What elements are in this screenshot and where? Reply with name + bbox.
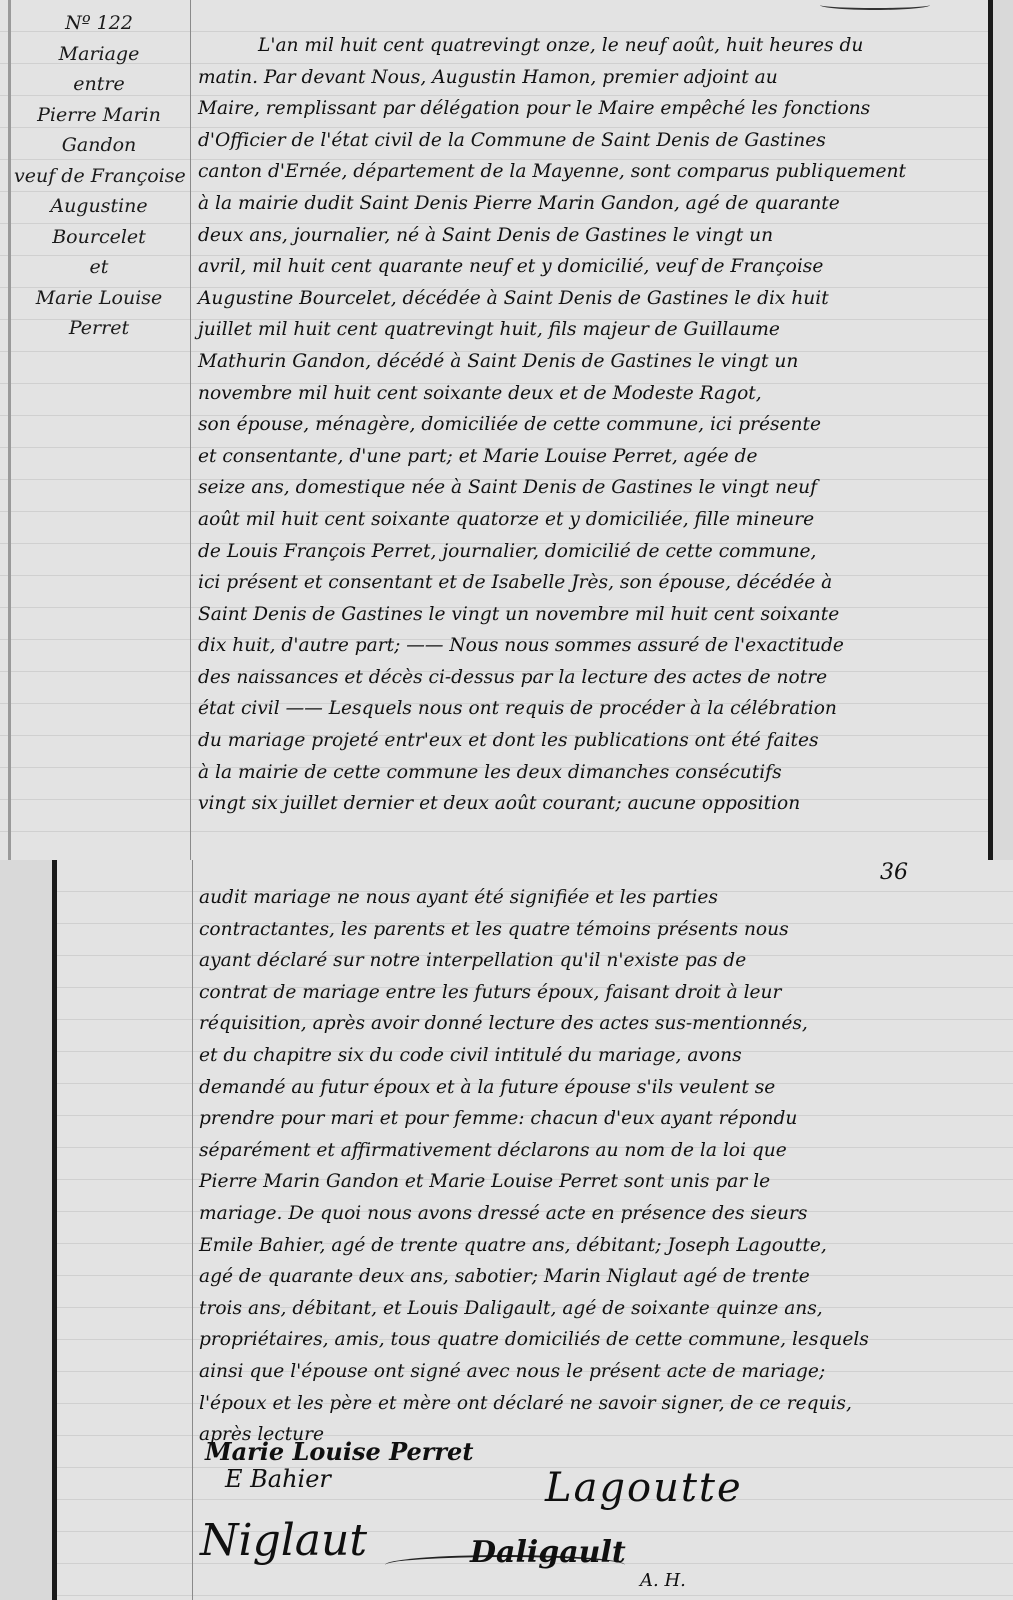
signature-witness-niglaut: Niglaut <box>200 1515 367 1566</box>
signature-block: Marie Louise Perret E Bahier Lagoutte Ni… <box>200 1425 900 1600</box>
text-line: du mariage projeté entr'eux et dont les … <box>198 725 943 757</box>
text-line: audit mariage ne nous ayant été signifié… <box>199 882 979 914</box>
text-line: son épouse, ménagère, domiciliée de cett… <box>198 409 943 441</box>
entry-body-lower: audit mariage ne nous ayant été signifié… <box>199 882 979 1451</box>
text-line: prendre pour mari et pour femme: chacun … <box>199 1103 979 1135</box>
text-line: juillet mil huit cent quatrevingt huit, … <box>198 314 943 346</box>
text-line: Mathurin Gandon, décédé à Saint Denis de… <box>198 346 943 378</box>
text-line: demandé au futur époux et à la future ép… <box>199 1072 979 1104</box>
text-line: vingt six juillet dernier et deux août c… <box>198 788 943 820</box>
text-line: Pierre Marin Gandon et Marie Louise Perr… <box>199 1166 979 1198</box>
text-line: et consentante, d'une part; et Marie Lou… <box>198 441 943 473</box>
margin-line: entre <box>14 69 184 100</box>
signature-bride: Marie Louise Perret <box>205 1437 473 1466</box>
margin-line: Augustine <box>14 191 184 222</box>
margin-line: Mariage <box>14 39 184 70</box>
page-number: 36 <box>880 860 908 885</box>
text-line: canton d'Ernée, département de la Mayenn… <box>198 156 943 188</box>
text-line: réquisition, après avoir donné lecture d… <box>199 1008 979 1040</box>
text-line: avril, mil huit cent quarante neuf et y … <box>198 251 943 283</box>
text-line: Saint Denis de Gastines le vingt un nove… <box>198 599 943 631</box>
text-line: L'an mil huit cent quatrevingt onze, le … <box>198 30 943 62</box>
margin-line: Marie Louise <box>14 283 184 314</box>
text-line: agé de quarante deux ans, sabotier; Mari… <box>199 1261 979 1293</box>
register-page-upper: Nº 122 Mariage entre Pierre Marin Gandon… <box>0 0 993 860</box>
text-line: Maire, remplissant par délégation pour l… <box>198 93 943 125</box>
margin-note: Nº 122 Mariage entre Pierre Marin Gandon… <box>14 8 184 344</box>
text-line: contractantes, les parents et les quatre… <box>199 914 979 946</box>
text-line: novembre mil huit cent soixante deux et … <box>198 378 943 410</box>
text-line: de Louis François Perret, journalier, do… <box>198 536 943 568</box>
text-line: seize ans, domestique née à Saint Denis … <box>198 472 943 504</box>
text-line: à la mairie de cette commune les deux di… <box>198 757 943 789</box>
margin-line: Gandon <box>14 130 184 161</box>
margin-line: et <box>14 252 184 283</box>
entry-body-upper: L'an mil huit cent quatrevingt onze, le … <box>198 30 943 820</box>
text-line: des naissances et décès ci-dessus par la… <box>198 662 943 694</box>
margin-line: Pierre Marin <box>14 100 184 131</box>
text-line: à la mairie dudit Saint Denis Pierre Mar… <box>198 188 943 220</box>
text-line: ici présent et consentant et de Isabelle… <box>198 567 943 599</box>
text-line: août mil huit cent soixante quatorze et … <box>198 504 943 536</box>
text-line: l'époux et les père et mère ont déclaré … <box>199 1388 979 1420</box>
margin-line: Bourcelet <box>14 222 184 253</box>
entry-number: Nº 122 <box>14 8 184 39</box>
text-line: propriétaires, amis, tous quatre domicil… <box>199 1324 979 1356</box>
binding-edge <box>8 0 11 860</box>
text-line: séparément et affirmativement déclarons … <box>199 1135 979 1167</box>
margin-line: Perret <box>14 313 184 344</box>
text-line: et du chapitre six du code civil intitul… <box>199 1040 979 1072</box>
flourish-mark <box>820 0 930 10</box>
text-line: trois ans, débitant, et Louis Daligault,… <box>199 1293 979 1325</box>
margin-line: veuf de Françoise <box>14 161 184 192</box>
text-line: dix huit, d'autre part; —— Nous nous som… <box>198 630 943 662</box>
margin-rule <box>192 860 193 1600</box>
signature-witness-lagoutte: Lagoutte <box>545 1465 743 1511</box>
signature-officer: A. H. <box>640 1570 686 1591</box>
text-line: Augustine Bourcelet, décédée à Saint Den… <box>198 283 943 315</box>
signature-witness-bahier: E Bahier <box>225 1465 331 1493</box>
text-line: ainsi que l'épouse ont signé avec nous l… <box>199 1356 979 1388</box>
text-line: contrat de mariage entre les futurs épou… <box>199 977 979 1009</box>
text-line: d'Officier de l'état civil de la Commune… <box>198 125 943 157</box>
text-line: ayant déclaré sur notre interpellation q… <box>199 945 979 977</box>
text-line: état civil —— Lesquels nous ont requis d… <box>198 693 943 725</box>
margin-rule <box>190 0 191 860</box>
text-line: matin. Par devant Nous, Augustin Hamon, … <box>198 62 943 94</box>
signature-witness-daligault: Daligault <box>470 1535 626 1570</box>
text-line: Emile Bahier, agé de trente quatre ans, … <box>199 1230 979 1262</box>
text-line: deux ans, journalier, né à Saint Denis d… <box>198 220 943 252</box>
text-line: mariage. De quoi nous avons dressé acte … <box>199 1198 979 1230</box>
